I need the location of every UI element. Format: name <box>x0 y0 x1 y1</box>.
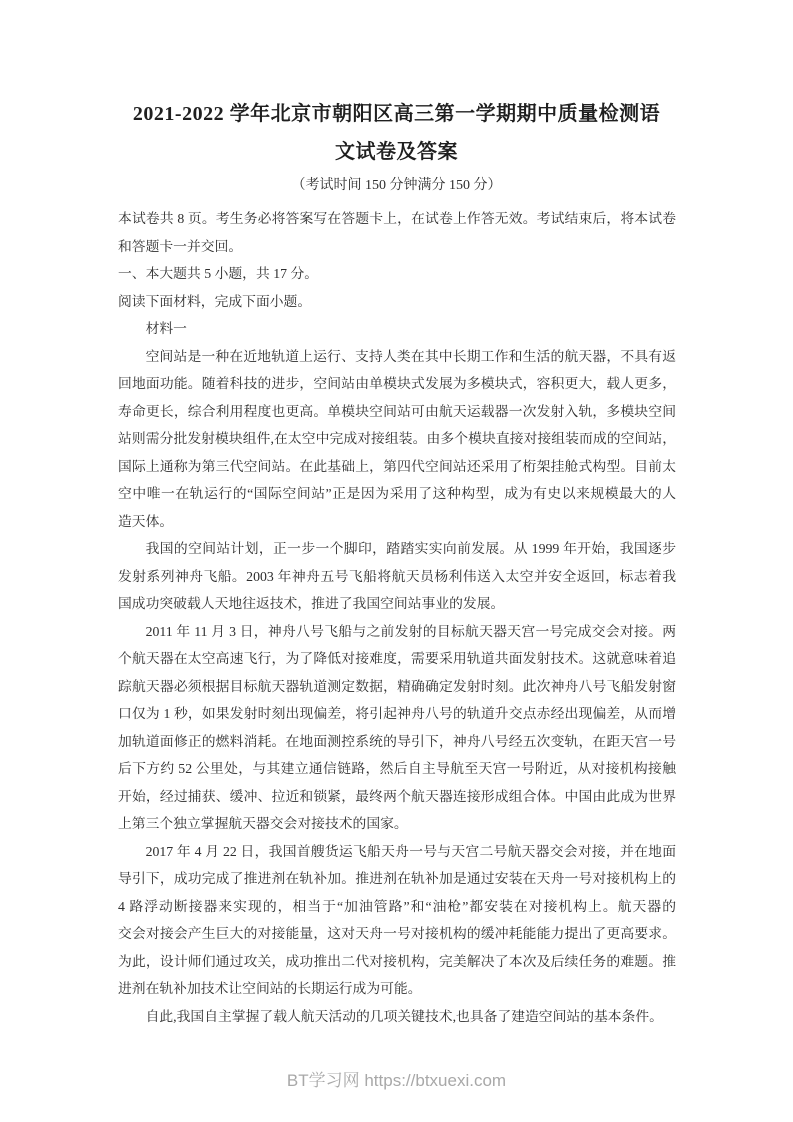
text-line: 造天体。 <box>118 508 676 536</box>
text-line: 踪航天器必须根据目标航天器轨道测定数据，精确确定发射时刻。此次神舟八号飞船发射窗 <box>118 673 676 701</box>
text-line: 材料一 <box>118 315 676 343</box>
text-line: 空间站是一种在近地轨道上运行、支持人类在其中长期工作和生活的航天器，不具有返 <box>118 343 676 371</box>
watermark: BT学习网 https://btxuexi.com <box>0 1068 793 1094</box>
text-line: 回地面功能。随着科技的进步，空间站由单模块式发展为多模块式，容积更大，载人更多， <box>118 370 676 398</box>
text-line: 寿命更长，综合利用程度也更高。单模块空间站可由航天运载器一次发射入轨，多模块空间 <box>118 398 676 426</box>
text-line: 开始，经过捕获、缓冲、拉近和锁紧，最终两个航天器连接形成组合体。中国由此成为世界 <box>118 783 676 811</box>
exam-time-subtitle: （考试时间 150 分钟满分 150 分） <box>0 174 793 198</box>
page-title-line2: 文试卷及答案 <box>0 133 793 171</box>
text-line: 和答题卡一并交回。 <box>118 233 676 261</box>
text-line: 2011 年 11 月 3 日，神舟八号飞船与之前发射的目标航天器天宫一号完成交… <box>118 618 676 646</box>
text-line: 导引下，成功完成了推进剂在轨补加。推进剂在轨补加是通过安装在天舟一号对接机构上的 <box>118 865 676 893</box>
text-line: 我国的空间站计划，正一步一个脚印，踏踏实实向前发展。从 1999 年开始，我国逐… <box>118 535 676 563</box>
text-line: 个航天器在太空高速飞行，为了降低对接难度，需要采用轨道共面发射技术。这就意味着追 <box>118 645 676 673</box>
text-line: 口仅为 1 秒，如果发射时刻出现偏差，将引起神舟八号的轨道升交点赤经出现偏差，从… <box>118 700 676 728</box>
text-line: 国际上通称为第三代空间站。在此基础上，第四代空间站还采用了桁架挂舱式构型。目前太 <box>118 453 676 481</box>
text-line: 后下方约 52 公里处，与其建立通信链路，然后自主导航至天宫一号附近，从对接机构… <box>118 755 676 783</box>
text-line: 国成功突破载人天地往返技术，推进了我国空间站事业的发展。 <box>118 590 676 618</box>
text-line: 4 路浮动断接器来实现的，相当于“加油管路”和“油枪”都安装在对接机构上。航天器… <box>118 893 676 921</box>
text-line: 加轨道面修正的燃料消耗。在地面测控系统的导引下，神舟八号经五次变轨，在距天宫一号 <box>118 728 676 756</box>
text-line: 自此,我国自主掌握了载人航天活动的几项关键技术,也具备了建造空间站的基本条件。 <box>118 1003 676 1031</box>
text-line: 2017 年 4 月 22 日，我国首艘货运飞船天舟一号与天宫二号航天器交会对接… <box>118 838 676 866</box>
text-line: 站则需分批发射模块组件,在太空中完成对接组装。由多个模块直接对接组装而成的空间站… <box>118 425 676 453</box>
text-line: 上第三个独立掌握航天器交会对接技术的国家。 <box>118 810 676 838</box>
text-line: 交会对接会产生巨大的对接能量，这对天舟一号对接机构的缓冲耗能能力提出了更高要求。 <box>118 920 676 948</box>
text-line: 为此，设计师们通过攻关，成功推出二代对接机构，完美解决了本次及后续任务的难题。推 <box>118 948 676 976</box>
text-line: 阅读下面材料，完成下面小题。 <box>118 288 676 316</box>
text-line: 本试卷共 8 页。考生务必将答案写在答题卡上，在试卷上作答无效。考试结束后，将本… <box>118 205 676 233</box>
document-body: 本试卷共 8 页。考生务必将答案写在答题卡上，在试卷上作答无效。考试结束后，将本… <box>118 205 676 1030</box>
text-line: 发射系列神舟飞船。2003 年神舟五号飞船将航天员杨利伟送入太空并安全返回，标志… <box>118 563 676 591</box>
text-line: 进剂在轨补加技术让空间站的长期运行成为可能。 <box>118 975 676 1003</box>
document-page: 2021-2022 学年北京市朝阳区高三第一学期期中质量检测语 文试卷及答案 （… <box>0 0 793 1122</box>
page-title-line1: 2021-2022 学年北京市朝阳区高三第一学期期中质量检测语 <box>0 95 793 133</box>
document-header: 2021-2022 学年北京市朝阳区高三第一学期期中质量检测语 文试卷及答案 （… <box>0 0 793 198</box>
text-line: 一、本大题共 5 小题，共 17 分。 <box>118 260 676 288</box>
text-line: 空中唯一在轨运行的“国际空间站”正是因为采用了这种构型，成为有史以来规模最大的人 <box>118 480 676 508</box>
